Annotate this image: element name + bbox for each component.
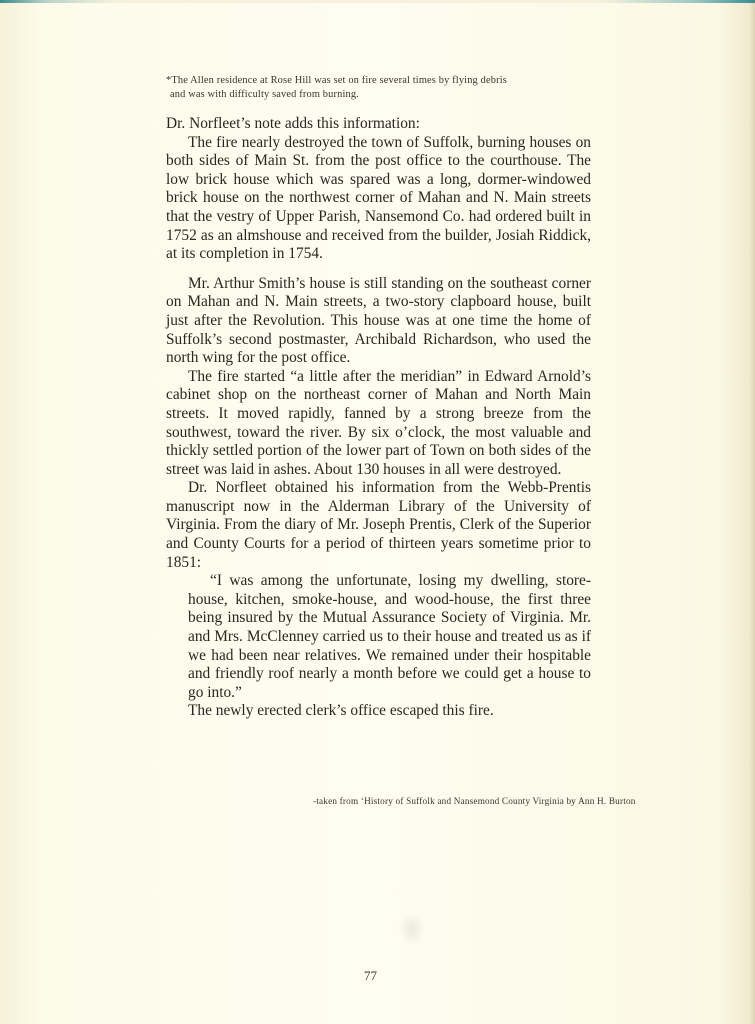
paragraph-intro: Dr. Norfleet’s note adds this informatio… xyxy=(166,115,591,134)
block-quote-diary: “I was among the unfortunate, losing my … xyxy=(166,572,591,702)
paragraph-fire-destroyed: The fire nearly destroyed the town of Su… xyxy=(166,134,591,264)
scan-edge-right xyxy=(749,0,755,1024)
paragraph-fire-started: The fire started “a little after the mer… xyxy=(166,368,591,480)
scan-smudge xyxy=(398,912,426,946)
source-credit: -taken from ‘History of Suffolk and Nans… xyxy=(313,796,636,806)
paragraph-webb-prentis: Dr. Norfleet obtained his information fr… xyxy=(166,479,591,572)
paragraph-arthur-smith: Mr. Arthur Smith’s house is still standi… xyxy=(166,275,591,368)
page-number: 77 xyxy=(364,968,377,984)
page-content: *The Allen residence at Rose Hill was se… xyxy=(166,74,591,721)
paragraph-clerk-office: The newly erected clerk’s office escaped… xyxy=(166,702,591,721)
scan-edge-top xyxy=(0,0,755,3)
footnote: *The Allen residence at Rose Hill was se… xyxy=(166,74,591,102)
footnote-line-1: *The Allen residence at Rose Hill was se… xyxy=(166,75,507,86)
footnote-line-2: and was with difficulty saved from burni… xyxy=(166,88,591,102)
